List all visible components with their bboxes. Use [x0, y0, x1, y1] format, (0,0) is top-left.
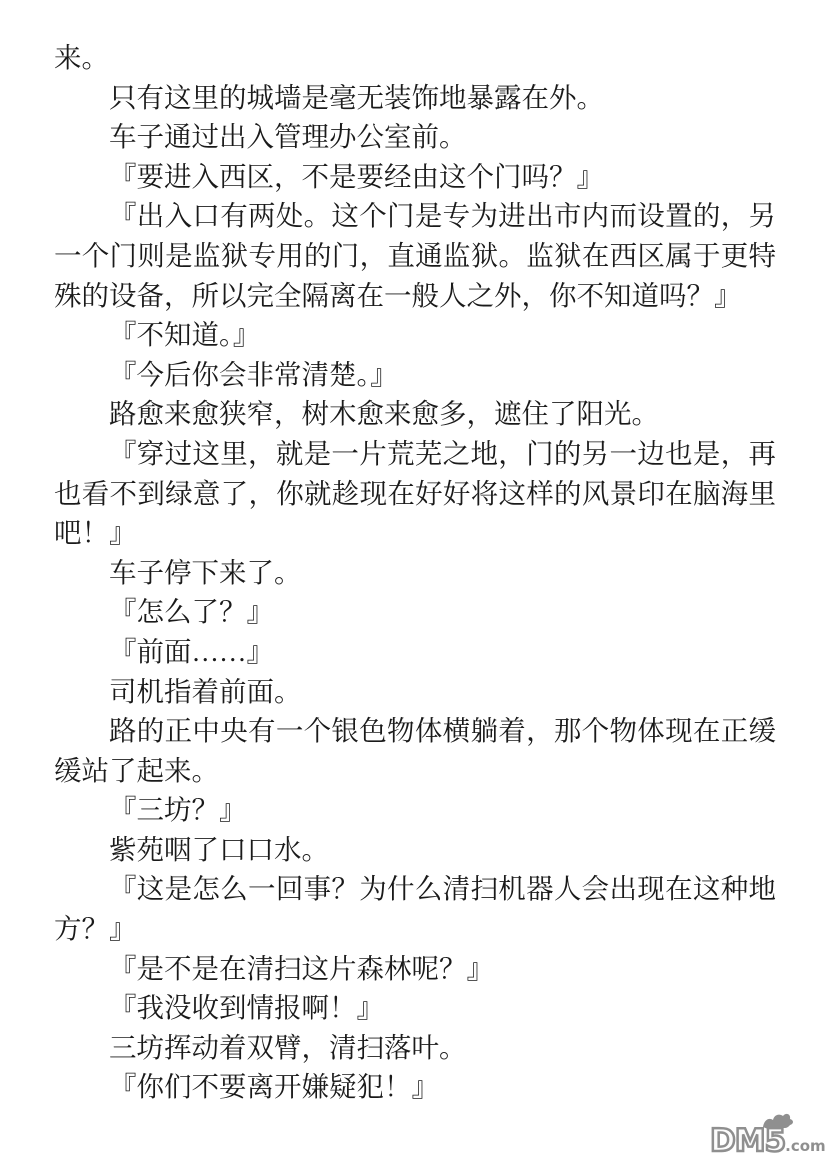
novel-text-block: 来。只有这里的城墙是毫无装饰地暴露在外。车子通过出入管理办公室前。『要进入西区，…	[54, 38, 776, 1107]
paragraph: 『你们不要离开嫌疑犯！』	[54, 1067, 776, 1107]
paragraph: 『前面……』	[54, 632, 776, 672]
paragraph: 『穿过这里，就是一片荒芜之地，门的另一边也是，再也看不到绿意了，你就趁现在好好将…	[54, 434, 776, 553]
paragraph: 『怎么了？』	[54, 592, 776, 632]
paragraph: 三坊挥动着双臂，清扫落叶。	[54, 1028, 776, 1068]
dm5-logo-brand-text: DM5	[710, 1123, 785, 1159]
paragraph: 车子停下来了。	[54, 553, 776, 593]
paragraph: 路的正中央有一个银色物体横躺着，那个物体现在正缓缓站了起来。	[54, 711, 776, 790]
paragraph: 司机指着前面。	[54, 672, 776, 712]
paragraph: 紫苑咽了口口水。	[54, 830, 776, 870]
paragraph: 『这是怎么一回事？为什么清扫机器人会出现在这种地方？』	[54, 869, 776, 948]
paragraph: 『今后你会非常清楚。』	[54, 355, 776, 395]
paragraph: 路愈来愈狭窄，树木愈来愈多，遮住了阳光。	[54, 394, 776, 434]
paragraph: 车子通过出入管理办公室前。	[54, 117, 776, 157]
paragraph: 来。	[54, 38, 776, 78]
paragraph: 『是不是在清扫这片森林呢？』	[54, 949, 776, 989]
dm5-logo-suffix-text: .com	[785, 1137, 826, 1155]
paragraph: 『要进入西区，不是要经由这个门吗？』	[54, 157, 776, 197]
dm5-logo: DM5.com	[710, 1123, 826, 1159]
novel-page: 来。只有这里的城墙是毫无装饰地暴露在外。车子通过出入管理办公室前。『要进入西区，…	[0, 0, 826, 1169]
paragraph: 『出入口有两处。这个门是专为进出市内而设置的，另一个门则是监狱专用的门，直通监狱…	[54, 196, 776, 315]
paragraph: 只有这里的城墙是毫无装饰地暴露在外。	[54, 78, 776, 118]
dm5-watermark: DM5.com	[710, 1115, 814, 1159]
paragraph: 『我没收到情报啊！』	[54, 988, 776, 1028]
paragraph: 『不知道。』	[54, 315, 776, 355]
paragraph: 『三坊？』	[54, 790, 776, 830]
